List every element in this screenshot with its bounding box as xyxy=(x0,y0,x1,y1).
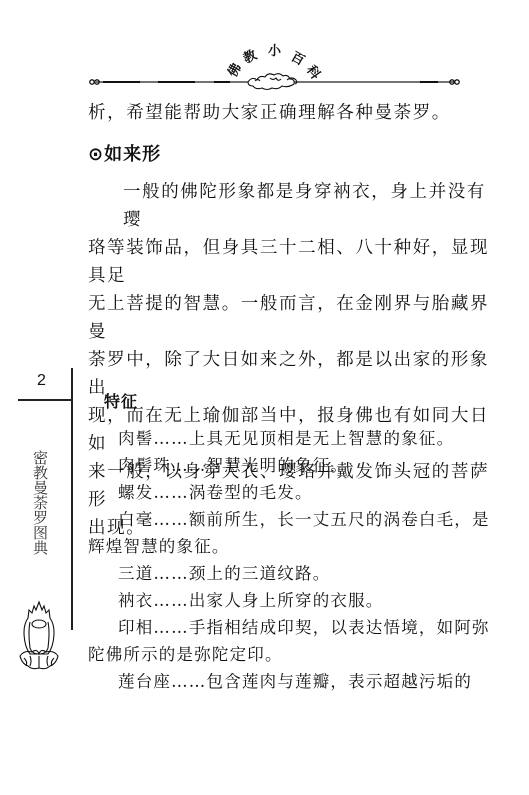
margin-vertical-rule xyxy=(71,368,73,630)
header-divider-line xyxy=(0,0,529,95)
feature-item-continuation: 辉煌智慧的象征。 xyxy=(88,533,503,560)
feature-sep: …… xyxy=(153,564,188,583)
feature-sep: …… xyxy=(153,510,188,529)
feature-sep: …… xyxy=(153,591,188,610)
feature-item: 肉髻珠……智慧光明的象征。 xyxy=(88,452,503,479)
feature-term: 莲台座 xyxy=(118,672,171,691)
feature-desc: 上具无见顶相是无上智慧的象征。 xyxy=(189,429,455,448)
paragraph-line: 无上菩提的智慧。一般而言，在金刚界与胎藏界曼 xyxy=(88,290,503,346)
feature-item: 印相……手指相结成印契，以表达悟境，如阿弥 xyxy=(88,614,503,641)
feature-item: 螺发……涡卷型的毛发。 xyxy=(88,479,503,506)
running-header: 佛 教 小 百 科 xyxy=(0,0,529,95)
feature-desc: 涡卷型的毛发。 xyxy=(189,483,313,502)
intro-text: 析，希望能帮助大家正确理解各种曼荼罗。 xyxy=(88,99,503,127)
feature-item: 肉髻……上具无见顶相是无上智慧的象征。 xyxy=(88,425,503,452)
feature-desc: 颈上的三道纹路。 xyxy=(189,564,331,583)
feature-desc: 出家人身上所穿的衣服。 xyxy=(189,591,384,610)
feature-sep: …… xyxy=(171,672,206,691)
feature-term: 三道 xyxy=(118,564,153,583)
feature-term: 肉髻珠 xyxy=(118,456,171,475)
section-heading: ⊙如来形 xyxy=(88,140,161,166)
feature-term: 螺发 xyxy=(118,483,153,502)
cloud-ornament-icon xyxy=(248,74,297,90)
feature-desc: 智慧光明的象征。 xyxy=(207,456,349,475)
book-title-vertical: 密教曼荼罗图典 xyxy=(28,450,48,555)
feature-term: 白毫 xyxy=(118,510,153,529)
feature-term: 印相 xyxy=(118,618,153,637)
feature-list: 肉髻……上具无见顶相是无上智慧的象征。 肉髻珠……智慧光明的象征。 螺发……涡卷… xyxy=(88,425,503,695)
feature-term: 衲衣 xyxy=(118,591,153,610)
feature-sep: …… xyxy=(171,456,206,475)
feature-sep: …… xyxy=(153,429,188,448)
feature-desc: 包含莲肉与莲瓣，表示超越污垢的 xyxy=(207,672,473,691)
feature-item-continuation: 陀佛所示的是弥陀定印。 xyxy=(88,641,503,668)
feature-desc: 额前所生，长一丈五尺的涡卷白毛，是 xyxy=(189,510,490,529)
header-title-char: 小 xyxy=(268,40,281,59)
intro-line: 析，希望能帮助大家正确理解各种曼荼罗。 xyxy=(88,99,503,127)
circle-dot-icon: ⊙ xyxy=(88,144,104,165)
feature-sep: …… xyxy=(153,618,188,637)
page-number: 2 xyxy=(37,372,46,390)
paragraph-line: 荼罗中，除了大日如来之外，都是以出家的形象出 xyxy=(88,346,503,402)
feature-item: 三道……颈上的三道纹路。 xyxy=(88,560,503,587)
feature-item: 衲衣……出家人身上所穿的衣服。 xyxy=(88,587,503,614)
feature-item: 白毫……额前所生，长一丈五尺的涡卷白毛，是 xyxy=(88,506,503,533)
feature-desc: 手指相结成印契，以表达悟境，如阿弥 xyxy=(189,618,490,637)
paragraph-line: 一般的佛陀形象都是身穿衲衣，身上并没有璎 xyxy=(88,178,503,234)
margin-horizontal-rule xyxy=(18,399,72,401)
paragraph-line: 珞等装饰品，但身具三十二相、八十种好，显现具足 xyxy=(88,234,503,290)
buddha-head-icon xyxy=(14,600,64,680)
features-heading: 特征 xyxy=(104,389,138,412)
feature-term: 肉髻 xyxy=(118,429,153,448)
feature-sep: …… xyxy=(153,483,188,502)
feature-item: 莲台座……包含莲肉与莲瓣，表示超越污垢的 xyxy=(88,668,503,695)
section-title: 如来形 xyxy=(104,144,161,165)
